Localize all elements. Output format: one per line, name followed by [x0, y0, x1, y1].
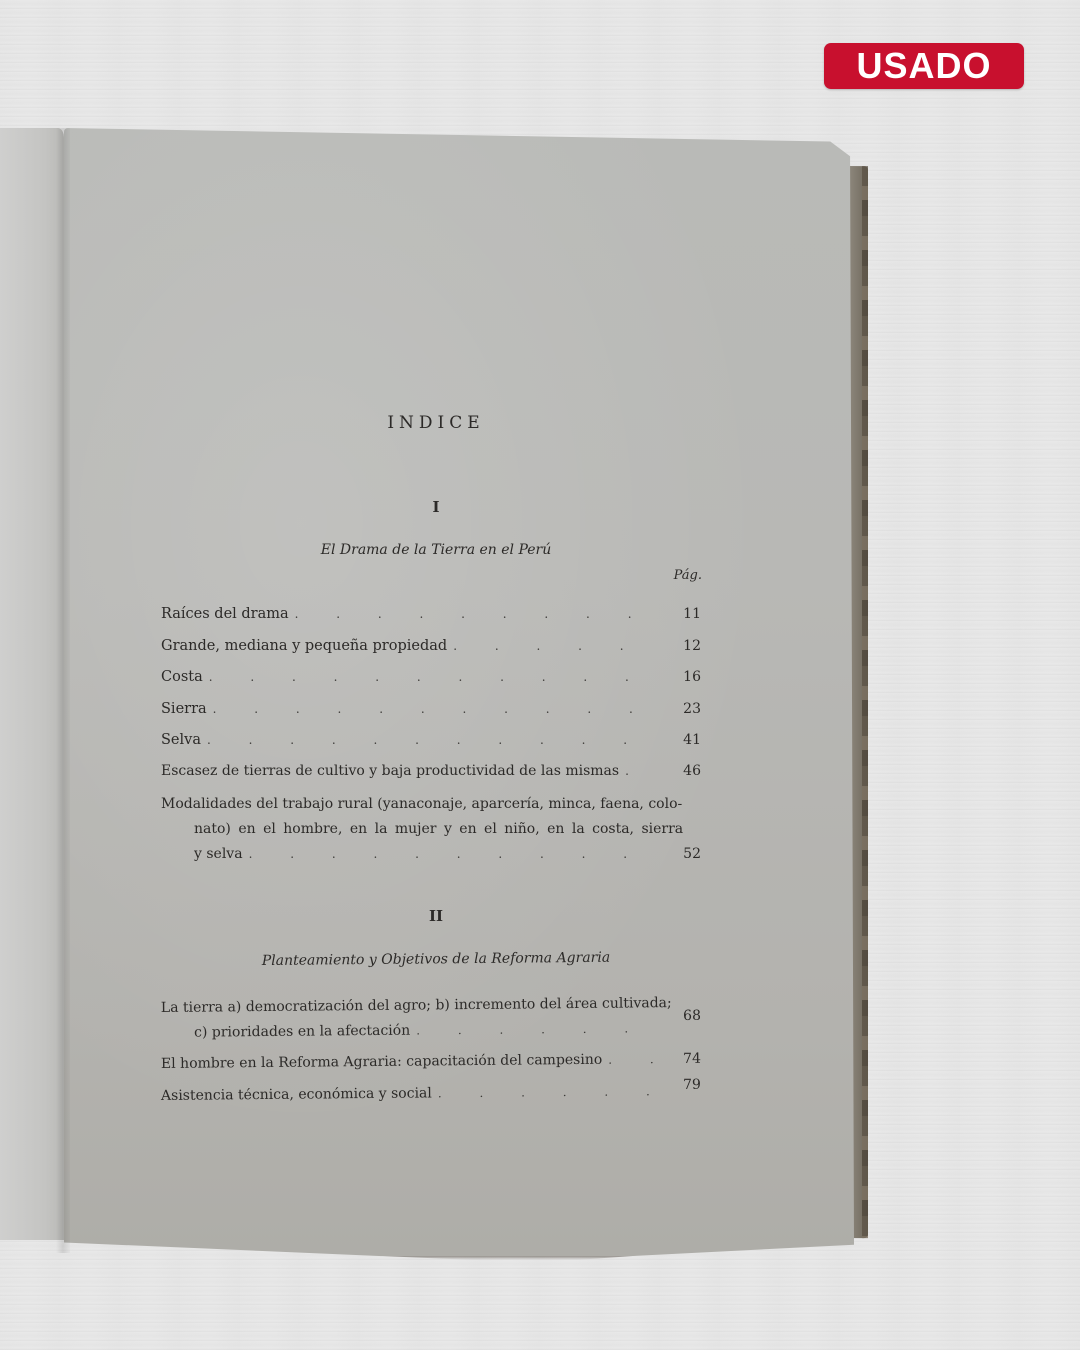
- entry-page-number: 16: [679, 665, 701, 689]
- entry-page-number: 11: [679, 602, 701, 626]
- toc-title: INDICE: [161, 413, 711, 433]
- entry-page-number: 46: [679, 759, 701, 783]
- entry-title-line: y selva: [194, 842, 243, 867]
- dot-leader: . . . . . . . . . . . . . . . . . . . . …: [295, 602, 657, 626]
- entry-title-line: nato) en el hombre, en la mujer y en el …: [161, 817, 701, 842]
- entry-title: Raíces del drama: [161, 602, 289, 626]
- used-condition-badge: USADO: [824, 43, 1024, 89]
- toc-entry: El hombre en la Reforma Agraria: capacit…: [161, 1047, 701, 1076]
- book-gutter-shadow: [56, 128, 70, 1253]
- dot-leader: . . . . . . . . . . . . . . . . . . . . …: [438, 1079, 657, 1105]
- entry-page-number: 12: [679, 634, 701, 658]
- toc-entry: Asistencia técnica, económica y social .…: [161, 1079, 701, 1108]
- toc-entry: La tierra a) democratización del agro; b…: [161, 991, 701, 1046]
- dot-leader: . . . . . . . . . . . . . . . . . . . . …: [209, 665, 657, 689]
- part-numeral: I: [161, 498, 711, 516]
- dot-leader: . . . . . . . . . . . . . . . . . . . . …: [213, 697, 657, 721]
- toc-entry: Sierra . . . . . . . . . . . . . . . . .…: [161, 697, 701, 721]
- toc-entry: Costa . . . . . . . . . . . . . . . . . …: [161, 665, 701, 689]
- toc-entry: Modalidades del trabajo rural (yanaconaj…: [161, 792, 701, 867]
- entry-page-number: 74: [679, 1047, 701, 1071]
- entry-title: Grande, mediana y pequeña propiedad: [161, 634, 447, 658]
- dot-leader: . . . . . . . . . . . . . . . . . . . . …: [249, 842, 657, 867]
- part-title: Planteamiento y Objetivos de la Reforma …: [161, 949, 711, 970]
- dot-leader: . . . . . . . . . . . . . . . . . . . . …: [416, 1016, 657, 1043]
- entry-page-number: 41: [679, 728, 701, 752]
- part-title: El Drama de la Tierra en el Perú: [161, 542, 711, 558]
- toc-entry: Raíces del drama . . . . . . . . . . . .…: [161, 602, 701, 626]
- dot-leader: . . . . . . . . . . . . . . . . . . . . …: [625, 759, 657, 783]
- facing-left-page: [0, 128, 64, 1240]
- entry-title: Costa: [161, 665, 203, 689]
- entry-page-number: 52: [679, 842, 701, 867]
- book-page: INDICE I El Drama de la Tierra en el Per…: [64, 128, 854, 1256]
- page-column-label: Pág.: [674, 568, 702, 583]
- toc-entry: Grande, mediana y pequeña propiedad . . …: [161, 634, 701, 658]
- entry-title-line: Modalidades del trabajo rural (yanaconaj…: [161, 792, 701, 817]
- entry-page-number: 68: [679, 1004, 701, 1029]
- dot-leader: . . . . . . . . . . . . . . . . . . . . …: [608, 1047, 657, 1071]
- toc-entry: Escasez de tierras de cultivo y baja pro…: [161, 759, 701, 783]
- dot-leader: . . . . . . . . . . . . . . . . . . . . …: [207, 728, 657, 752]
- entry-title: Selva: [161, 728, 201, 752]
- entry-page-number: 79: [679, 1073, 701, 1097]
- entry-page-number: 23: [679, 697, 701, 721]
- part-numeral: II: [161, 907, 711, 925]
- entry-title-line: c) prioridades en la afectación: [194, 1019, 410, 1046]
- entry-title: El hombre en la Reforma Agraria: capacit…: [161, 1048, 602, 1076]
- entry-title: Asistencia técnica, económica y social: [161, 1081, 432, 1108]
- entry-title: Sierra: [161, 697, 207, 721]
- entry-title: Escasez de tierras de cultivo y baja pro…: [161, 759, 619, 783]
- dot-leader: . . . . . . . . . . . . . . . . . . . . …: [453, 634, 657, 658]
- toc-entry: Selva . . . . . . . . . . . . . . . . . …: [161, 728, 701, 752]
